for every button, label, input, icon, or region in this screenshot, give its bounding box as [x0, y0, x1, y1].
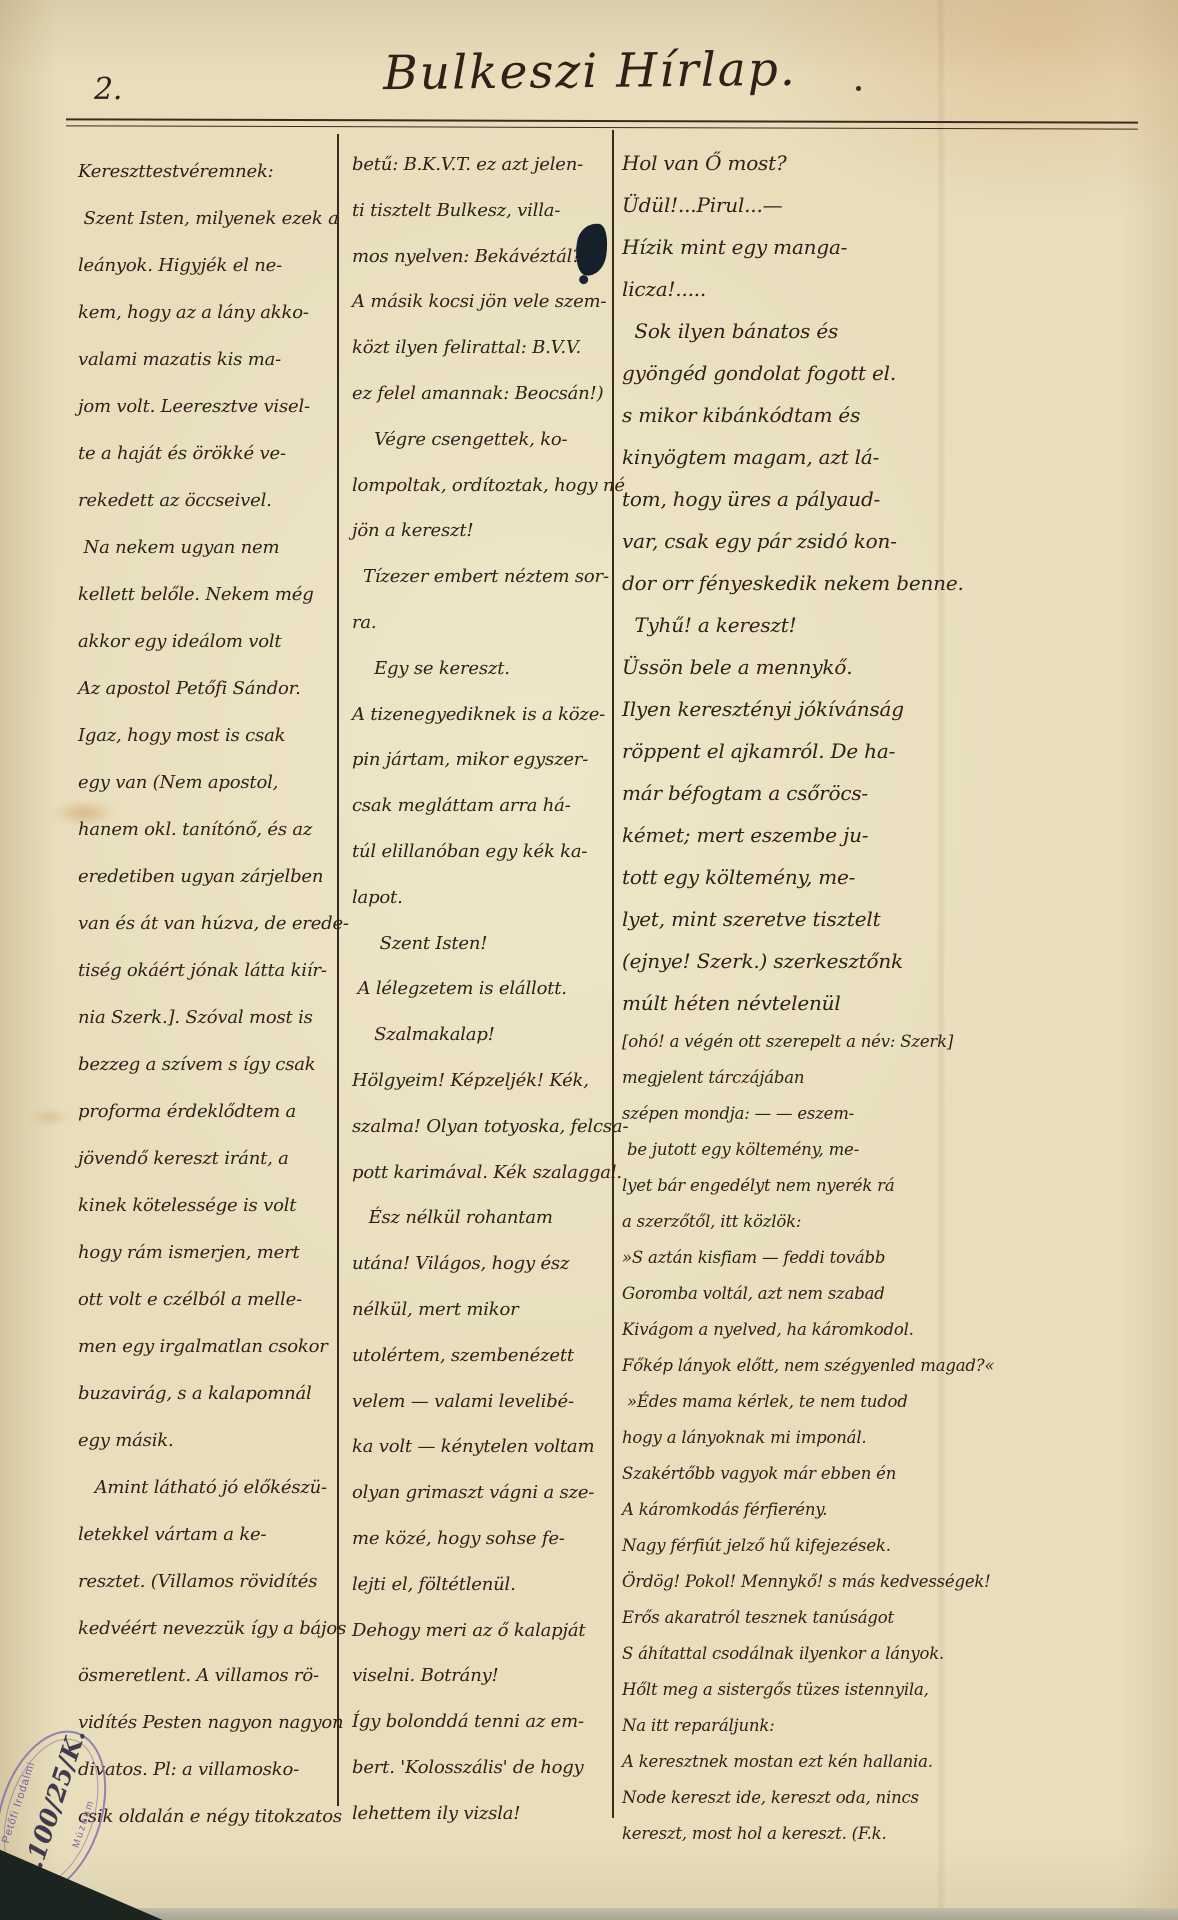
- handwritten-line: utolértem, szembenézett: [352, 1333, 611, 1379]
- handwritten-line: pott karimával. Kék szalaggal.: [352, 1150, 611, 1196]
- handwritten-line: már béfogtam a csőröcs-: [622, 772, 1170, 814]
- handwritten-line: Hölgyeim! Képzeljék! Kék,: [352, 1058, 611, 1104]
- handwritten-line: eredetiben ugyan zárjelben: [78, 853, 340, 900]
- handwritten-line: lejti el, föltétlenül.: [352, 1562, 611, 1608]
- handwritten-line: bert. 'Kolosszális' de hogy: [352, 1745, 611, 1791]
- handwritten-line: vidítés Pesten nagyon nagyon: [78, 1699, 340, 1746]
- column-middle: betű: B.K.V.T. ez azt jelen-ti tisztelt …: [352, 142, 611, 1836]
- handwritten-line: lehettem ily vizsla!: [352, 1791, 611, 1837]
- handwritten-line: leányok. Higyjék el ne-: [78, 242, 340, 289]
- scan-edge: [0, 1908, 1178, 1920]
- handwritten-line: Szalmakalap!: [352, 1012, 611, 1058]
- column-right: Hol van Ő most?Üdül!...Pirul...—Hízik mi…: [622, 142, 1170, 1852]
- handwritten-line: Szent Isten!: [352, 921, 611, 967]
- handwritten-line: szalma! Olyan totyoska, felcsa-: [352, 1104, 611, 1150]
- handwritten-line: kinyögtem magam, azt lá-: [622, 436, 1170, 478]
- handwritten-line: egy van (Nem apostol,: [78, 759, 340, 806]
- handwritten-line: mos nyelven: Bekávéztál?: [352, 234, 611, 280]
- handwritten-line: kereszt, most hol a kereszt. (F.k.: [622, 1816, 1170, 1852]
- handwritten-line: lyet, mint szeretve tisztelt: [622, 898, 1170, 940]
- handwritten-line: me közé, hogy sohse fe-: [352, 1516, 611, 1562]
- column-divider-right: [612, 130, 614, 1818]
- handwritten-line: Amint látható jó előkészü-: [78, 1464, 340, 1511]
- handwritten-line: megjelent tárczájában: [622, 1060, 1170, 1096]
- handwritten-line: van és át van húzva, de erede-: [78, 900, 340, 947]
- handwritten-line: tom, hogy üres a pályaud-: [622, 478, 1170, 520]
- handwritten-line: velem — valami levelibé-: [352, 1379, 611, 1425]
- handwritten-line: pin jártam, mikor egyszer-: [352, 737, 611, 783]
- handwritten-line: lompoltak, ordítoztak, hogy né: [352, 463, 611, 509]
- handwritten-line: nélkül, mert mikor: [352, 1287, 611, 1333]
- handwritten-line: kellett belőle. Nekem még: [78, 571, 340, 618]
- handwritten-line: Üdül!...Pirul...—: [622, 184, 1170, 226]
- handwritten-line: Hol van Ő most?: [622, 142, 1170, 184]
- handwritten-line: dor orr fényeskedik nekem benne.: [622, 562, 1170, 604]
- handwritten-line: Végre csengettek, ko-: [352, 417, 611, 463]
- handwritten-line: Üssön bele a mennykő.: [622, 646, 1170, 688]
- handwritten-line: valami mazatis kis ma-: [78, 336, 340, 383]
- handwritten-line: ra.: [352, 600, 611, 646]
- handwritten-line: Az apostol Petőfi Sándor.: [78, 665, 340, 712]
- handwritten-line: Goromba voltál, azt nem szabad: [622, 1276, 1170, 1312]
- handwritten-line: csik oldalán e négy titokzatos: [78, 1793, 340, 1840]
- handwritten-line: jövendő kereszt iránt, a: [78, 1135, 340, 1182]
- handwritten-line: közt ilyen felirattal: B.V.V.: [352, 325, 611, 371]
- handwritten-line: Kereszttestvéremnek:: [78, 148, 340, 195]
- handwritten-line: tiség okáért jónak látta kiír-: [78, 947, 340, 994]
- handwritten-line: Na itt reparáljunk:: [622, 1708, 1170, 1744]
- handwritten-line: A káromkodás férfierény.: [622, 1492, 1170, 1528]
- header-rule: [66, 118, 1138, 129]
- handwritten-line: Hízik mint egy manga-: [622, 226, 1170, 268]
- text-section: [ohó! a végén ott szerepelt a név: Szerk…: [622, 1024, 1170, 1852]
- handwritten-line: lyet bár engedélyt nem nyerék rá: [622, 1168, 1170, 1204]
- column-left: Kereszttestvéremnek: Szent Isten, milyen…: [78, 148, 340, 1840]
- handwritten-line: betű: B.K.V.T. ez azt jelen-: [352, 142, 611, 188]
- handwritten-line: ez felel amannak: Beocsán!): [352, 371, 611, 417]
- handwritten-line: te a haját és örökké ve-: [78, 430, 340, 477]
- handwritten-line: be jutott egy költemény, me-: [622, 1132, 1170, 1168]
- handwritten-line: múlt héten névtelenül: [622, 982, 1170, 1024]
- handwritten-line: A tizenegyediknek is a köze-: [352, 692, 611, 738]
- handwritten-line: Tízezer embert néztem sor-: [352, 554, 611, 600]
- handwritten-line: A másik kocsi jön vele szem-: [352, 279, 611, 325]
- handwritten-line: ka volt — kénytelen voltam: [352, 1424, 611, 1470]
- handwritten-line: Dehogy meri az ő kalapját: [352, 1608, 611, 1654]
- handwritten-line: Sok ilyen bánatos és: [622, 310, 1170, 352]
- handwritten-line: Tyhű! a kereszt!: [622, 604, 1170, 646]
- handwritten-line: kedvéért nevezzük így a bájos: [78, 1605, 340, 1652]
- handwritten-line: ti tisztelt Bulkesz, villa-: [352, 188, 611, 234]
- handwritten-line: [ohó! a végén ott szerepelt a név: Szerk…: [622, 1024, 1170, 1060]
- handwritten-line: men egy irgalmatlan csokor: [78, 1323, 340, 1370]
- handwritten-line: var, csak egy pár zsidó kon-: [622, 520, 1170, 562]
- handwritten-line: (ejnye! Szerk.) szerkesztőnk: [622, 940, 1170, 982]
- handwritten-line: letekkel vártam a ke-: [78, 1511, 340, 1558]
- handwritten-line: akkor egy ideálom volt: [78, 618, 340, 665]
- handwritten-line: A lélegzetem is elállott.: [352, 966, 611, 1012]
- handwritten-line: Egy se kereszt.: [352, 646, 611, 692]
- handwritten-line: röppent el ajkamról. De ha-: [622, 730, 1170, 772]
- masthead-title: Bulkeszi Hírlap.: [40, 38, 1141, 105]
- handwritten-line: Főkép lányok előtt, nem szégyenled magad…: [622, 1348, 1170, 1384]
- handwritten-line: jön a kereszt!: [352, 508, 611, 554]
- handwritten-line: csak megláttam arra há-: [352, 783, 611, 829]
- handwritten-line: hogy a lányoknak mi imponál.: [622, 1420, 1170, 1456]
- handwritten-line: Igaz, hogy most is csak: [78, 712, 340, 759]
- foxing-spot: [30, 1108, 70, 1126]
- handwritten-line: Na nekem ugyan nem: [78, 524, 340, 571]
- handwritten-line: lapot.: [352, 875, 611, 921]
- handwritten-line: Ördög! Pokol! Mennykő! s más kedvességek…: [622, 1564, 1170, 1600]
- handwritten-line: hanem okl. tanítónő, és az: [78, 806, 340, 853]
- newspaper-page: 2. Bulkeszi Hírlap. Kereszttestvéremnek:…: [0, 0, 1178, 1920]
- handwritten-line: licza!.....: [622, 268, 1170, 310]
- handwritten-line: olyan grimaszt vágni a sze-: [352, 1470, 611, 1516]
- handwritten-line: S áhítattal csodálnak ilyenkor a lányok.: [622, 1636, 1170, 1672]
- handwritten-line: A keresztnek mostan ezt kén hallania.: [622, 1744, 1170, 1780]
- handwritten-line: s mikor kibánkódtam és: [622, 394, 1170, 436]
- handwritten-line: kem, hogy az a lány akko-: [78, 289, 340, 336]
- handwritten-line: jom volt. Leeresztve visel-: [78, 383, 340, 430]
- handwritten-line: ott volt e czélból a melle-: [78, 1276, 340, 1323]
- handwritten-line: egy másik.: [78, 1417, 340, 1464]
- handwritten-line: Hőlt meg a sistergős tüzes istennyila,: [622, 1672, 1170, 1708]
- text-section: betű: B.K.V.T. ez azt jelen-ti tisztelt …: [352, 142, 611, 1836]
- handwritten-line: nia Szerk.]. Szóval most is: [78, 994, 340, 1041]
- handwritten-line: kinek kötelessége is volt: [78, 1182, 340, 1229]
- handwritten-line: tott egy költemény, me-: [622, 856, 1170, 898]
- handwritten-line: resztet. (Villamos rövidítés: [78, 1558, 340, 1605]
- handwritten-line: Így bolonddá tenni az em-: [352, 1699, 611, 1745]
- handwritten-line: a szerzőtől, itt közlök:: [622, 1204, 1170, 1240]
- handwritten-line: ösmeretlent. A villamos rö-: [78, 1652, 340, 1699]
- handwritten-line: Ész nélkül rohantam: [352, 1195, 611, 1241]
- handwritten-line: Szakértőbb vagyok már ebben én: [622, 1456, 1170, 1492]
- handwritten-line: Ilyen keresztényi jókívánság: [622, 688, 1170, 730]
- handwritten-line: rekedett az öccseivel.: [78, 477, 340, 524]
- ink-dot: [856, 86, 861, 91]
- handwritten-line: viselni. Botrány!: [352, 1653, 611, 1699]
- handwritten-line: gyöngéd gondolat fogott el.: [622, 352, 1170, 394]
- handwritten-line: Nagy férfiút jelző hű kifejezések.: [622, 1528, 1170, 1564]
- handwritten-line: kémet; mert eszembe ju-: [622, 814, 1170, 856]
- handwritten-line: Szent Isten, milyenek ezek a: [78, 195, 340, 242]
- handwritten-line: Node kereszt ide, kereszt oda, nincs: [622, 1780, 1170, 1816]
- handwritten-line: utána! Világos, hogy ész: [352, 1241, 611, 1287]
- handwritten-line: hogy rám ismerjen, mert: [78, 1229, 340, 1276]
- handwritten-line: túl elillanóban egy kék ka-: [352, 829, 611, 875]
- handwritten-line: Kivágom a nyelved, ha káromkodol.: [622, 1312, 1170, 1348]
- text-section: Hol van Ő most?Üdül!...Pirul...—Hízik mi…: [622, 142, 1170, 1024]
- handwritten-line: Erős akaratról tesznek tanúságot: [622, 1600, 1170, 1636]
- handwritten-line: »S aztán kisfiam — feddi tovább: [622, 1240, 1170, 1276]
- handwritten-line: proforma érdeklődtem a: [78, 1088, 340, 1135]
- handwritten-line: buzavirág, s a kalapomnál: [78, 1370, 340, 1417]
- text-section: Kereszttestvéremnek: Szent Isten, milyen…: [78, 148, 340, 1840]
- handwritten-line: »Édes mama kérlek, te nem tudod: [622, 1384, 1170, 1420]
- handwritten-line: szépen mondja: — — eszem-: [622, 1096, 1170, 1132]
- handwritten-line: bezzeg a szívem s így csak: [78, 1041, 340, 1088]
